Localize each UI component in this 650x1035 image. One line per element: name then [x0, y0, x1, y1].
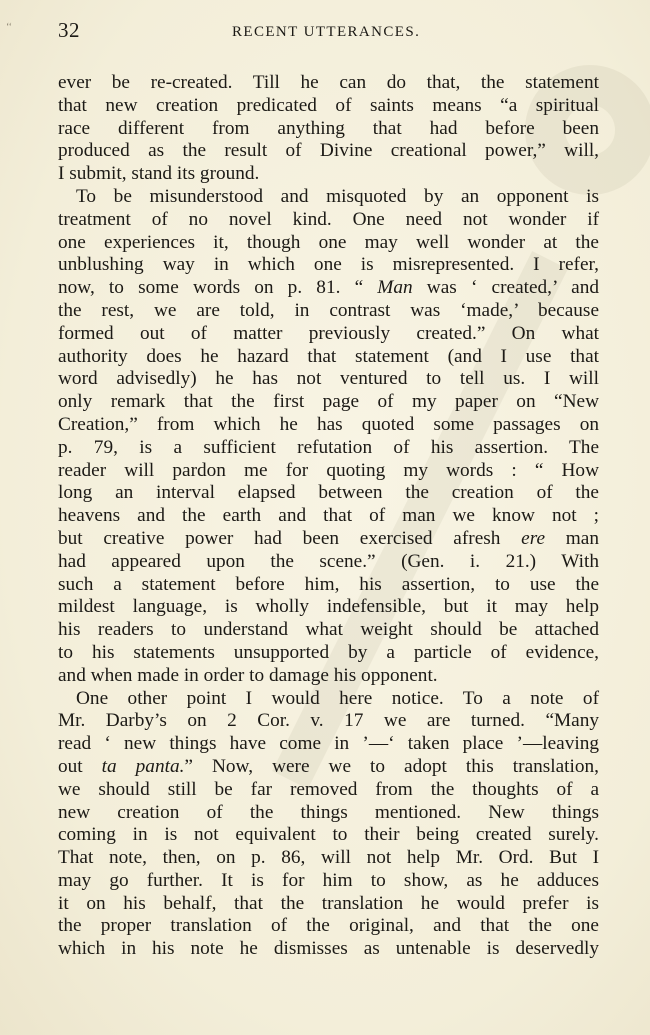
running-head: RECENT UTTERANCES.: [232, 24, 420, 41]
text-line: the rest, we are told, in contrast was ‘…: [58, 300, 599, 323]
text-line: it on his behalf, that the translation h…: [58, 893, 599, 916]
text-segment: now, to some words on p. 81. “: [58, 277, 377, 298]
page-header: 32 RECENT UTTERANCES.: [58, 18, 598, 48]
body-text: ever be re-created. Till he can do that,…: [58, 72, 599, 961]
text-line: race different from anything that had be…: [58, 118, 599, 141]
text-line: that new creation predicated of saints m…: [58, 95, 599, 118]
text-line: authority does he hazard that statement …: [58, 346, 599, 369]
text-segment: was ‘ created,’ and: [413, 277, 599, 298]
text-line: only remark that the first page of my pa…: [58, 391, 599, 414]
text-line: which in his note he dismisses as untena…: [58, 938, 599, 961]
page-number: 32: [58, 18, 80, 43]
text-line: reader will pardon me for quoting my wor…: [58, 460, 599, 483]
text-line: unblushing way in which one is misrepres…: [58, 254, 599, 277]
text-line: the proper translation of the original, …: [58, 915, 599, 938]
text-line: word advisedly) he has not ventured to t…: [58, 368, 599, 391]
text-line: One other point I would here notice. To …: [58, 688, 599, 711]
text-line: new creation of the things mentioned. Ne…: [58, 802, 599, 825]
text-line: had appeared upon the scene.” (Gen. i. 2…: [58, 551, 599, 574]
text-line: now, to some words on p. 81. “ Man was ‘…: [58, 277, 599, 300]
text-line: That note, then, on p. 86, will not help…: [58, 847, 599, 870]
text-segment: man: [545, 528, 599, 549]
text-line: treatment of no novel kind. One need not…: [58, 209, 599, 232]
text-line: may go further. It is for him to show, a…: [58, 870, 599, 893]
text-segment: out: [58, 756, 102, 777]
text-line: and when made in order to damage his opp…: [58, 665, 599, 688]
text-line: long an interval elapsed between the cre…: [58, 482, 599, 505]
text-line: To be misunderstood and misquoted by an …: [58, 186, 599, 209]
text-line: one experiences it, though one may well …: [58, 232, 599, 255]
italic-term: ta panta.: [102, 756, 185, 777]
text-line: such a statement before him, his asserti…: [58, 574, 599, 597]
text-line: read ‘ new things have come in ’—‘ taken…: [58, 733, 599, 756]
text-segment: ” Now, were we to adopt this translation…: [184, 756, 599, 777]
text-line: Creation,” from which he has quoted some…: [58, 414, 599, 437]
text-line: but creative power had been exercised af…: [58, 528, 599, 551]
text-segment: but creative power had been exercised af…: [58, 528, 521, 549]
text-line: his readers to understand what weight sh…: [58, 619, 599, 642]
text-line: formed out of matter previously created.…: [58, 323, 599, 346]
text-line: p. 79, is a sufficient refutation of his…: [58, 437, 599, 460]
margin-mark: ‘‘: [6, 22, 12, 33]
text-line: coming in is not equivalent to their bei…: [58, 824, 599, 847]
text-line: I submit, stand its ground.: [58, 163, 599, 186]
text-line: we should still be far removed from the …: [58, 779, 599, 802]
text-line: Mr. Darby’s on 2 Cor. v. 17 we are turne…: [58, 710, 599, 733]
text-line: to his statements unsupported by a parti…: [58, 642, 599, 665]
italic-term: ere: [521, 528, 545, 549]
text-line: ever be re-created. Till he can do that,…: [58, 72, 599, 95]
italic-term: Man: [377, 277, 412, 298]
text-line: produced as the result of Divine creatio…: [58, 140, 599, 163]
book-page: ‘‘ 32 RECENT UTTERANCES. ever be re-crea…: [0, 0, 650, 1035]
text-line: heavens and the earth and that of man we…: [58, 505, 599, 528]
text-line: out ta panta.” Now, were we to adopt thi…: [58, 756, 599, 779]
text-line: mildest language, is wholly indefensible…: [58, 596, 599, 619]
